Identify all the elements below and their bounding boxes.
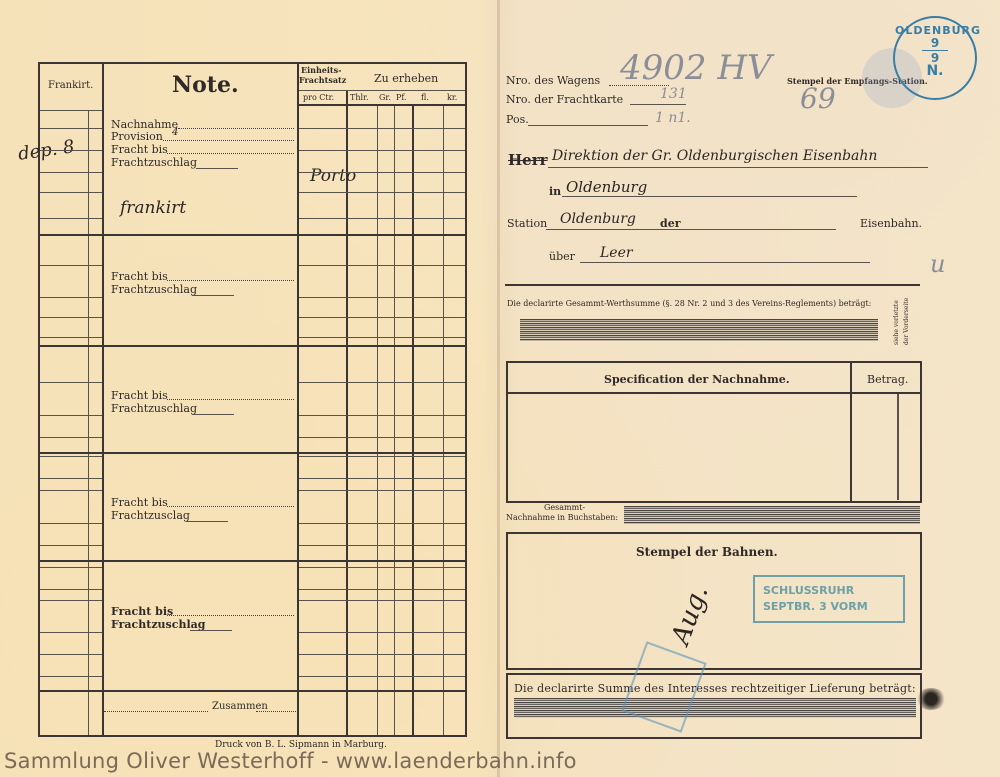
postmark-suffix: N. [895, 64, 975, 78]
margin-pencil-mark: u [930, 250, 945, 278]
station-value: Oldenburg [560, 211, 636, 227]
note-title: Note. [172, 72, 239, 98]
rect-stamp-line1: SCHLUSSRUHR [763, 583, 895, 599]
label-eisenbahn: Eisenbahn. [860, 217, 922, 230]
col-einheit-header-2: Frachtsatz [299, 75, 346, 85]
col-fl: fl. [421, 93, 429, 102]
label-wertsumme: Die declarirte Gesammt-Werthsumme (§. 28… [507, 299, 871, 308]
betrag-header: Betrag. [867, 373, 908, 386]
col-einheit-header-1: Einheits- [301, 65, 341, 75]
col-pro-ctr: pro Ctr. [303, 93, 334, 102]
gesammt-hatched-field [624, 506, 920, 524]
label-fracht-bis-2: Fracht bis [111, 270, 168, 283]
spec-header: Specification der Nachnahme. [604, 373, 790, 386]
label-fracht-bis-1: Fracht bis [111, 143, 168, 156]
collection-watermark: Sammlung Oliver Westerhoff - www.laender… [4, 749, 577, 773]
col-kr: kr. [447, 93, 457, 102]
label-fracht-bis-4: Fracht bis [111, 496, 168, 509]
col-pf: Pf. [396, 93, 407, 102]
label-fracht-bis-3: Fracht bis [111, 389, 168, 402]
label-station: Station [507, 217, 547, 230]
pos-value: 1 n1. [655, 110, 691, 126]
label-gesammt-1: Gesammt- [544, 503, 585, 512]
label-interesse: Die declarirte Summe des Interesses rech… [514, 682, 916, 695]
side-note-1: siehe vorletzte [893, 300, 900, 345]
wertsumme-hatched-field [520, 319, 878, 341]
provision-mark: 4 [172, 127, 178, 138]
herr-value: Direktion der Gr. Oldenburgischen Eisenb… [552, 148, 877, 164]
label-ueber: über [549, 250, 575, 263]
col-gr: Gr. [379, 93, 391, 102]
label-der: der [660, 217, 681, 230]
label-fracht-bis-5: Fracht bis [111, 605, 173, 618]
col-zu-erheben-header: Zu erheben [374, 72, 438, 85]
stempel-bahnen-header: Stempel der Bahnen. [636, 545, 778, 559]
ueber-value: Leer [600, 245, 633, 261]
label-frachtzuschlag-2: Frachtzuschlag [111, 283, 197, 296]
pencil-note: 69 [800, 82, 836, 115]
frachtkarte-nr-value: 131 [660, 86, 687, 102]
col-frankirt-header: Frankirt. [48, 80, 93, 91]
freight-document: Frankirt. Note. Einheits- Frachtsatz Zu … [0, 0, 1000, 777]
postmark-oldenburg: OLDENBURG 9 9 N. [893, 16, 977, 100]
page-fold [497, 0, 500, 777]
label-gesammt-2: Nachnahme in Buchstaben: [506, 513, 618, 522]
label-frachtkarte-nr: Nro. der Frachtkarte [506, 93, 623, 106]
label-herr: Herr [508, 151, 548, 169]
side-note-2: der Vorderseite [903, 298, 910, 345]
col-thlr: Thlr. [350, 93, 369, 102]
rect-stamp-line2: SEPTBR. 3 VORM [763, 599, 895, 615]
label-provision: Provision [111, 130, 163, 143]
handwritten-frankirt: frankirt [120, 198, 186, 218]
interesse-hatched-field [514, 698, 916, 718]
label-frachtzuschlag-1: Frachtzuschlag [111, 156, 197, 169]
handwritten-rate: Porto [310, 166, 356, 186]
wagen-nr-value: 4902 HV [620, 48, 772, 88]
postmark-day: 9 [895, 37, 975, 49]
in-value: Oldenburg [566, 178, 647, 196]
label-frachtzuschlag-3: Frachtzuschlag [111, 402, 197, 415]
ink-blot [915, 688, 947, 710]
label-wagen-nr: Nro. des Wagens [506, 74, 600, 87]
label-pos: Pos. [506, 113, 529, 126]
label-frachtzuschlag-4: Frachtzusclag [111, 509, 190, 522]
label-in: in [549, 185, 561, 198]
rect-stamp: SCHLUSSRUHR SEPTBR. 3 VORM [753, 575, 905, 623]
